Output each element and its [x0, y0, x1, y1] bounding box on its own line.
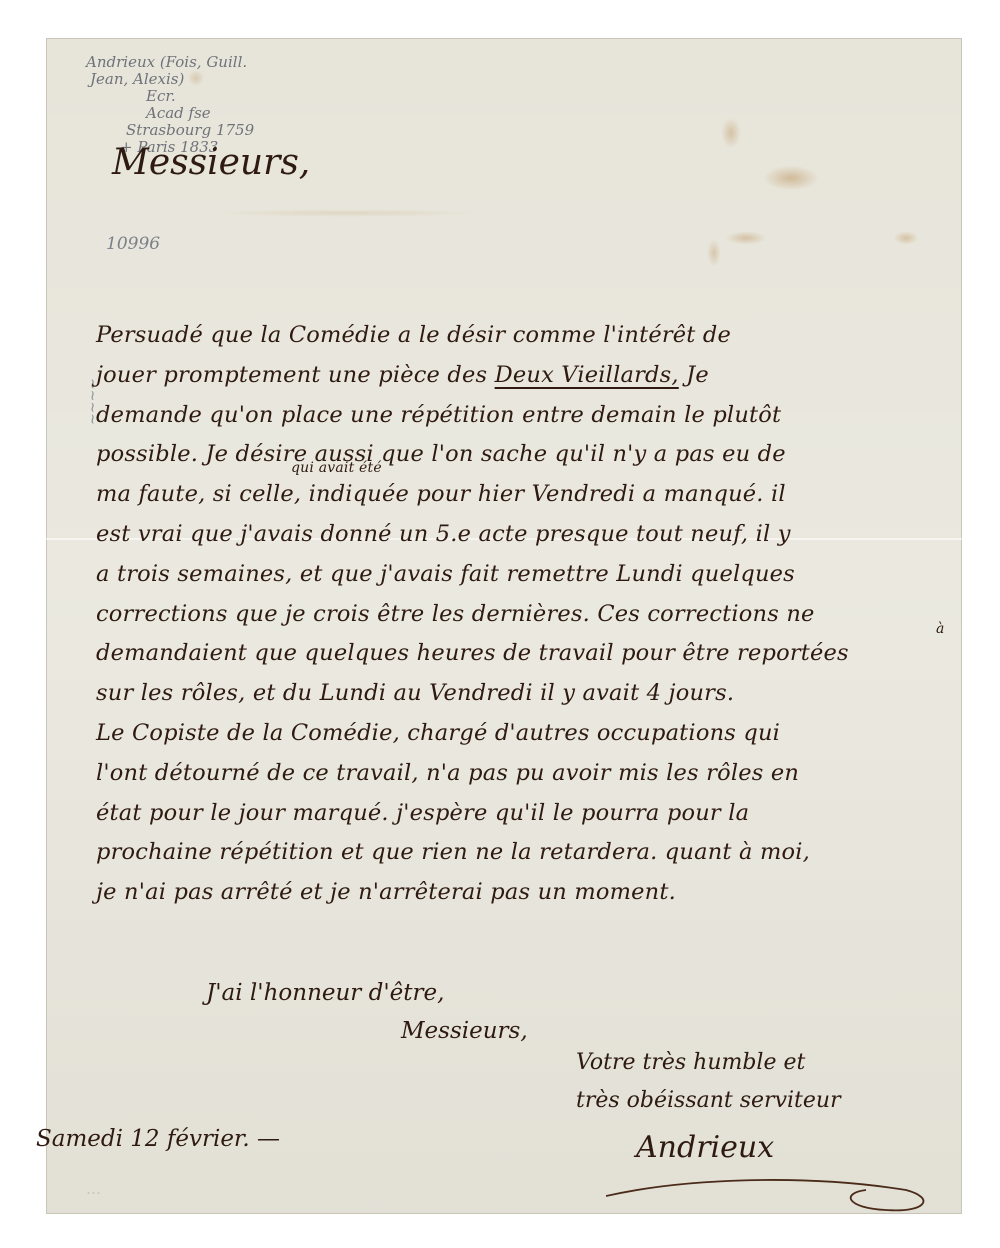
signature-flourish-icon: [606, 1168, 946, 1218]
body-line-text: ma faute, si celle, indiquée pour hier V…: [96, 481, 786, 507]
salutation: Messieurs,: [112, 142, 310, 183]
closing-formula: J'ai l'honneur d'être,: [206, 980, 444, 1006]
body-line-text: Je: [679, 362, 709, 388]
letter-body: Persuadé que la Comédie a le désir comme…: [96, 316, 966, 913]
body-line: sur les rôles, et du Lundi au Vendredi i…: [96, 674, 966, 714]
body-line: demande qu'on place une répétition entre…: [96, 396, 966, 436]
letter-sheet: Andrieux (Fois, Guill. Jean, Alexis) Ecr…: [46, 38, 962, 1214]
pencil-note-line: Ecr.: [86, 88, 366, 105]
inventory-number: 10996: [106, 234, 160, 254]
body-line: a trois semaines, et que j'avais fait re…: [96, 555, 966, 595]
pencil-note-line: Jean, Alexis): [86, 71, 366, 88]
signature: Andrieux: [636, 1130, 774, 1165]
body-line: possible. Je désire aussi que l'on sache…: [96, 435, 966, 475]
play-title: Deux Vieillards,: [495, 362, 679, 388]
body-line: Persuadé que la Comédie a le désir comme…: [96, 316, 966, 356]
valediction-line: très obéissant serviteur: [576, 1088, 841, 1113]
body-line: àdemandaient que quelques heures de trav…: [96, 634, 966, 674]
body-line: qui avait étéma faute, si celle, indiqué…: [96, 475, 966, 515]
interlinear-insertion: qui avait été: [291, 461, 382, 475]
body-line: l'ont détourné de ce travail, n'a pas pu…: [96, 754, 966, 794]
faded-pencil-text: …: [86, 1180, 101, 1198]
letter-date: Samedi 12 février. —: [36, 1126, 280, 1152]
body-line: corrections que je crois être les derniè…: [96, 595, 966, 635]
body-line-text: demandaient que quelques heures de trava…: [96, 640, 849, 666]
pencil-note-line: Strasbourg 1759: [86, 122, 366, 139]
body-line: je n'ai pas arrêté et je n'arrêterai pas…: [96, 873, 966, 913]
body-line: état pour le jour marqué. j'espère qu'il…: [96, 794, 966, 834]
body-line-text: jouer promptement une pièce des: [96, 362, 495, 388]
pencil-note-line: Andrieux (Fois, Guill.: [86, 54, 366, 71]
body-line: prochaine répétition et que rien ne la r…: [96, 833, 966, 873]
body-line: Le Copiste de la Comédie, chargé d'autre…: [96, 714, 966, 754]
closing-address: Messieurs,: [401, 1018, 528, 1044]
body-line: jouer promptement une pièce des Deux Vie…: [96, 356, 966, 396]
interlinear-insertion: à: [936, 622, 945, 636]
body-line: est vrai que j'avais donné un 5.e acte p…: [96, 515, 966, 555]
valediction-line: Votre très humble et: [576, 1050, 805, 1075]
archival-pencil-note: Andrieux (Fois, Guill. Jean, Alexis) Ecr…: [86, 54, 366, 156]
pencil-note-line: Acad fse: [86, 105, 366, 122]
